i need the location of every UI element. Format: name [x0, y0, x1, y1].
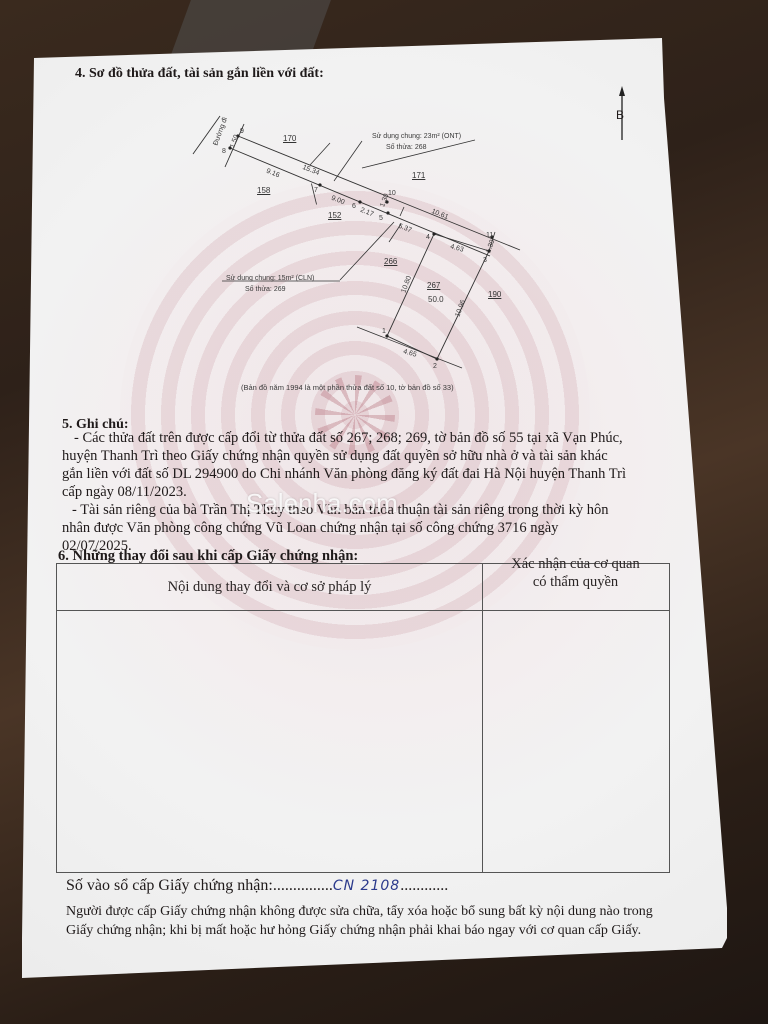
main-parcel-number: 267: [427, 281, 440, 290]
registry-line: Số vào sổ cấp Giấy chứng nhận:..........…: [66, 877, 448, 895]
point-7: 7: [314, 187, 318, 194]
diagram-caption: (Bản đồ năm 1994 là một phần thửa đất số…: [241, 383, 454, 392]
shared-use-top-line2: Số thửa: 268: [386, 144, 427, 151]
registry-number: CN 2108: [333, 878, 400, 894]
point-10: 10: [388, 190, 396, 197]
footer-note: Người được cấp Giấy chứng nhận không đượ…: [66, 902, 653, 940]
point-2: 2: [433, 363, 437, 370]
point-5: 5: [379, 215, 383, 222]
main-parcel-area: 50.0: [428, 295, 444, 304]
shared-use-left-line1: Sử dụng chung: 15m² (CLN): [226, 275, 314, 282]
note-line-4: cấp ngày 08/11/2023.: [62, 483, 187, 502]
table-header-divider: [57, 610, 669, 611]
parcel-170: 170: [283, 134, 296, 143]
note-line-6: nhân được Văn phòng công chứng Vũ Loan c…: [62, 519, 558, 538]
parcel-152: 152: [328, 211, 341, 220]
table-header-confirmation-line2: có thẩm quyền: [482, 573, 669, 591]
footer-note-line2: Giấy chứng nhận; khi bị mất hoặc hư hỏng…: [66, 921, 653, 940]
point-6: 6: [352, 203, 356, 210]
changes-table: Nội dung thay đổi và cơ sở pháp lý Xác n…: [56, 563, 670, 873]
shared-use-top-line1: Sử dụng chung: 23m² (ONT): [372, 133, 461, 140]
parcel-158: 158: [257, 186, 270, 195]
parcel-190: 190: [488, 290, 501, 299]
footer-note-line1: Người được cấp Giấy chứng nhận không đượ…: [66, 902, 653, 921]
registry-label: Số vào sổ cấp Giấy chứng nhận:: [66, 877, 273, 894]
shared-use-left-line2: Số thửa: 269: [245, 286, 286, 293]
point-3: 3: [483, 257, 487, 264]
registry-dots-after: ............: [400, 877, 448, 894]
table-header-changes: Nội dung thay đổi và cơ sở pháp lý: [57, 578, 482, 596]
parcel-266: 266: [384, 257, 397, 266]
point-9: 9: [240, 128, 244, 135]
registry-dots-before: ...............: [273, 877, 333, 894]
table-header-confirmation-line1: Xác nhận của cơ quan: [482, 555, 669, 573]
watermark-text: Salenha.com: [246, 488, 398, 519]
point-4: 4: [426, 234, 430, 241]
parcel-171: 171: [412, 171, 425, 180]
note-line-1: - Các thửa đất trên được cấp đổi từ thửa…: [74, 429, 623, 448]
point-11: 11: [486, 232, 493, 239]
point-1: 1: [382, 328, 386, 335]
point-8: 8: [222, 148, 226, 155]
note-line-3: gắn liền với đất số DL 294900 do Chi nhá…: [62, 465, 626, 484]
note-line-2: huyện Thanh Trì theo Giấy chứng nhận quy…: [62, 447, 608, 466]
north-label: B: [616, 108, 624, 122]
